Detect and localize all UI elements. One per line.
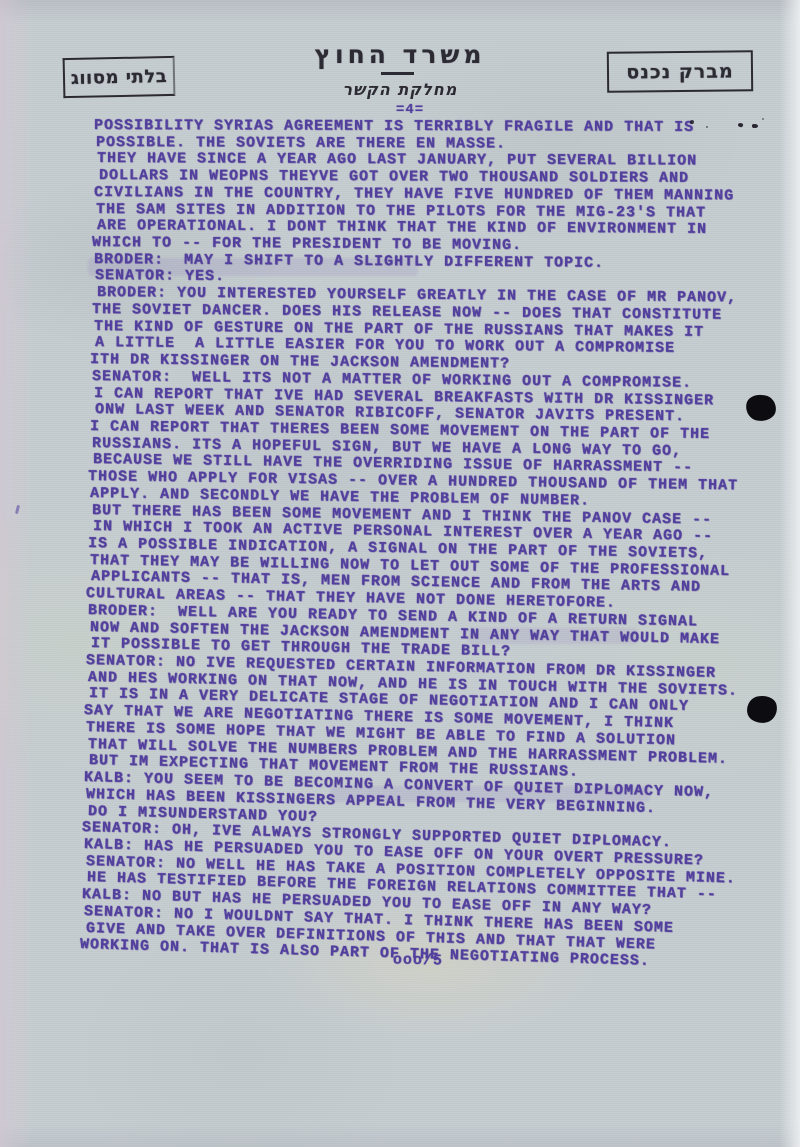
continuation-marker: ooo/5 — [393, 951, 443, 969]
body-line: SENATOR: YES. — [95, 267, 225, 285]
document-page: בלתי מסווג מברק נכנס משרד החוץ מחלקת הקש… — [0, 0, 800, 1147]
body-line: POSSIBILITY SYRIAS AGREEMENT IS TERRIBLY… — [94, 117, 694, 136]
transcript-body: POSSIBILITY SYRIAS AGREEMENT IS TERRIBLY… — [0, 0, 800, 1147]
